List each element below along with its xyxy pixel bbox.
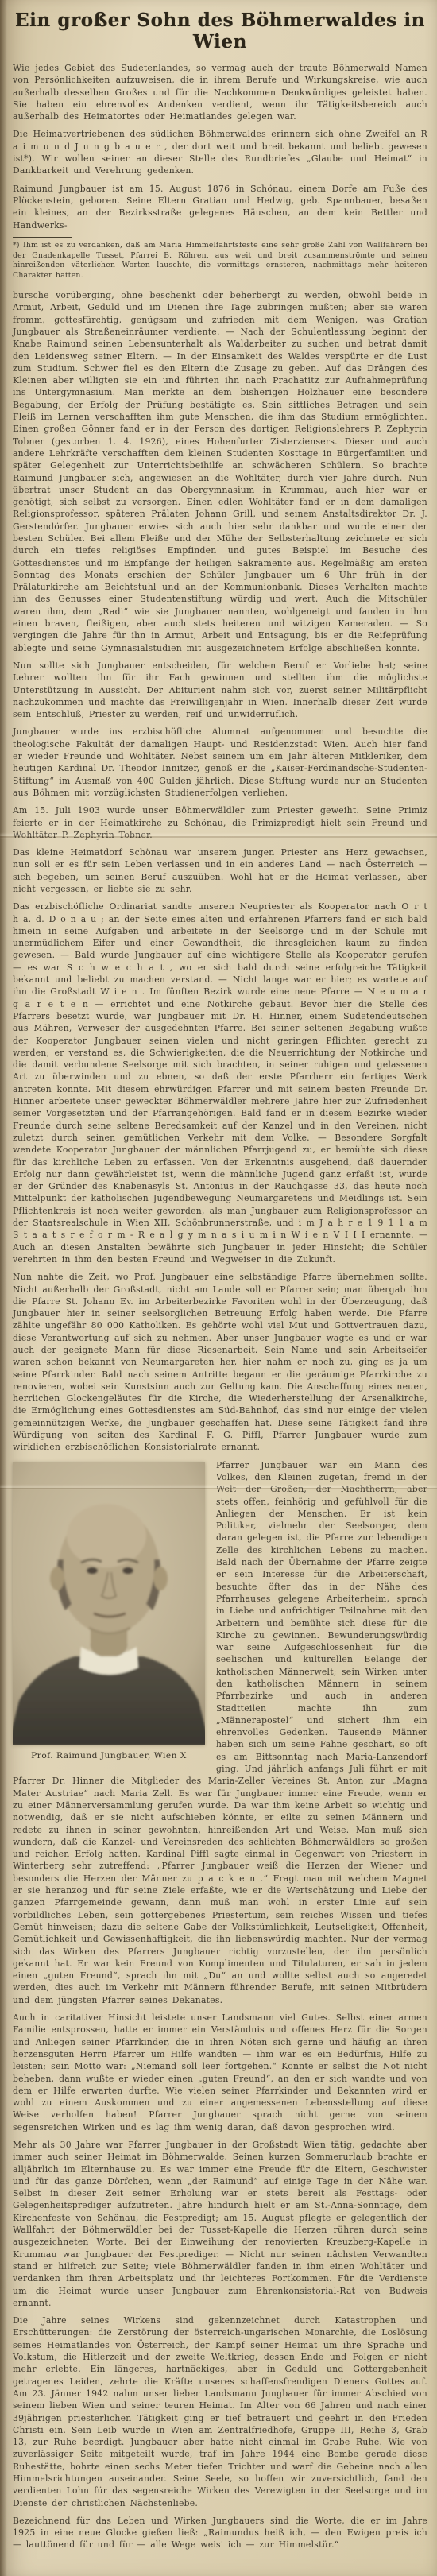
paragraph-leaving-home: Das kleine Heimatdorf Schönau war unsere… bbox=[13, 846, 427, 895]
photo-caption: Prof. Raimund Jungbauer, Wien X bbox=[13, 1751, 205, 1761]
paragraph-favoriten-parish: Nun nahte die Zeit, wo Prof. Jungbauer e… bbox=[13, 1271, 427, 1453]
portrait-figure: Prof. Raimund Jungbauer, Wien X bbox=[13, 1462, 205, 1761]
footnote-block: *) Ihm ist es zu verdanken, daß am Mariä… bbox=[13, 237, 427, 281]
scan-seam bbox=[0, 1488, 437, 1489]
paragraph-kooperator-years: Das erzbischöfliche Ordinariat sandte un… bbox=[13, 901, 427, 1265]
paragraph-death: Die Jahre seines Wirkens sind gekennzeic… bbox=[13, 2315, 427, 2509]
paragraph-intro: Wie jedes Gebiet des Sudetenlandes, so v… bbox=[13, 62, 427, 122]
page-edge-shadow bbox=[0, 0, 7, 2576]
paragraph-career-choice: Nun sollte sich Jungbauer entscheiden, f… bbox=[13, 660, 427, 720]
paragraph-dedication: Die Heimatvertriebenen des südlichen Böh… bbox=[13, 128, 427, 176]
paragraph-birth: Raimund Jungbauer ist am 15. August 1876… bbox=[13, 183, 427, 231]
paragraph-charity: Auch in caritativer Hinsicht leistete un… bbox=[13, 2012, 427, 2133]
portrait-photo bbox=[13, 1462, 205, 1745]
article-title: Ein großer Sohn des Böhmerwaldes in Wien bbox=[13, 10, 427, 52]
paragraph-youth-studies: bursche vorüberging, ohne beschenkt oder… bbox=[13, 289, 427, 654]
paragraph-seminary: Jungbauer wurde ins erzbischöfliche Alum… bbox=[13, 726, 427, 799]
footnote-text: *) Ihm ist es zu verdanken, daß am Mariä… bbox=[13, 241, 427, 281]
scan-seam bbox=[0, 836, 437, 838]
photo-section: Prof. Raimund Jungbauer, Wien X Pfarrer … bbox=[13, 1459, 427, 2012]
scanned-newspaper-page: Ein großer Sohn des Böhmerwaldes in Wien… bbox=[0, 0, 437, 2576]
paragraph-bell-inscription: Bezeichnend für das Leben und Wirken Jun… bbox=[13, 2515, 427, 2551]
footnote-rule bbox=[13, 237, 72, 238]
paragraph-homeland-visits: Mehr als 30 Jahre war Pfarrer Jungbauer … bbox=[13, 2139, 427, 2309]
